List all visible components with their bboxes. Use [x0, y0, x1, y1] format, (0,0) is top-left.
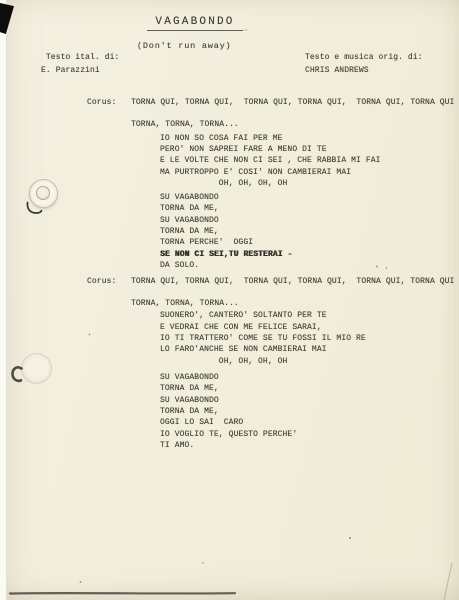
verse-2: SUONERO', CANTERO' SOLTANTO PER TE E VED… [160, 310, 366, 367]
refrain-1-start: SU VAGABONDO TORNA DA ME, SU VAGABONDO T… [160, 192, 253, 249]
chorus-lines-1: TORNA QUI, TORNA QUI, TORNA QUI, TORNA Q… [131, 97, 454, 130]
refrain-1-end: DA SOLO. [160, 260, 199, 271]
scan-corner-mark [0, 3, 14, 34]
scan-edge-strip [0, 0, 7, 600]
song-title: VAGABONDO [147, 15, 243, 31]
title-underline-fragment [243, 30, 248, 31]
punch-hole-bottom [21, 353, 52, 384]
refrain-2: SU VAGABONDO TORNA DA ME, SU VAGABONDO T… [160, 372, 297, 451]
scanned-lyric-sheet: VAGABONDO (Don't run away) Testo ital. d… [0, 0, 459, 600]
chorus-lines-2: TORNA QUI, TORNA QUI, TORNA QUI, TORNA Q… [131, 276, 454, 309]
refrain-1-overstruck-line: SE NON CI SEI,TU RESTERAI - [160, 249, 292, 260]
chorus-label-2: Corus: [87, 276, 116, 287]
credit-original-author: Testo e musica orig. di: CHRIS ANDREWS [305, 52, 423, 77]
paper-crease-line [444, 563, 452, 600]
chorus-label-1: Corus: [87, 97, 116, 108]
song-subtitle: (Don't run away) [137, 40, 231, 52]
credit-italian-lyricist: Testo ital. di: E. Parazzini [41, 52, 119, 77]
verse-1: IO NON SO COSA FAI PER ME PERO' NON SAPR… [160, 133, 381, 190]
punch-hole-top-center [36, 186, 50, 200]
